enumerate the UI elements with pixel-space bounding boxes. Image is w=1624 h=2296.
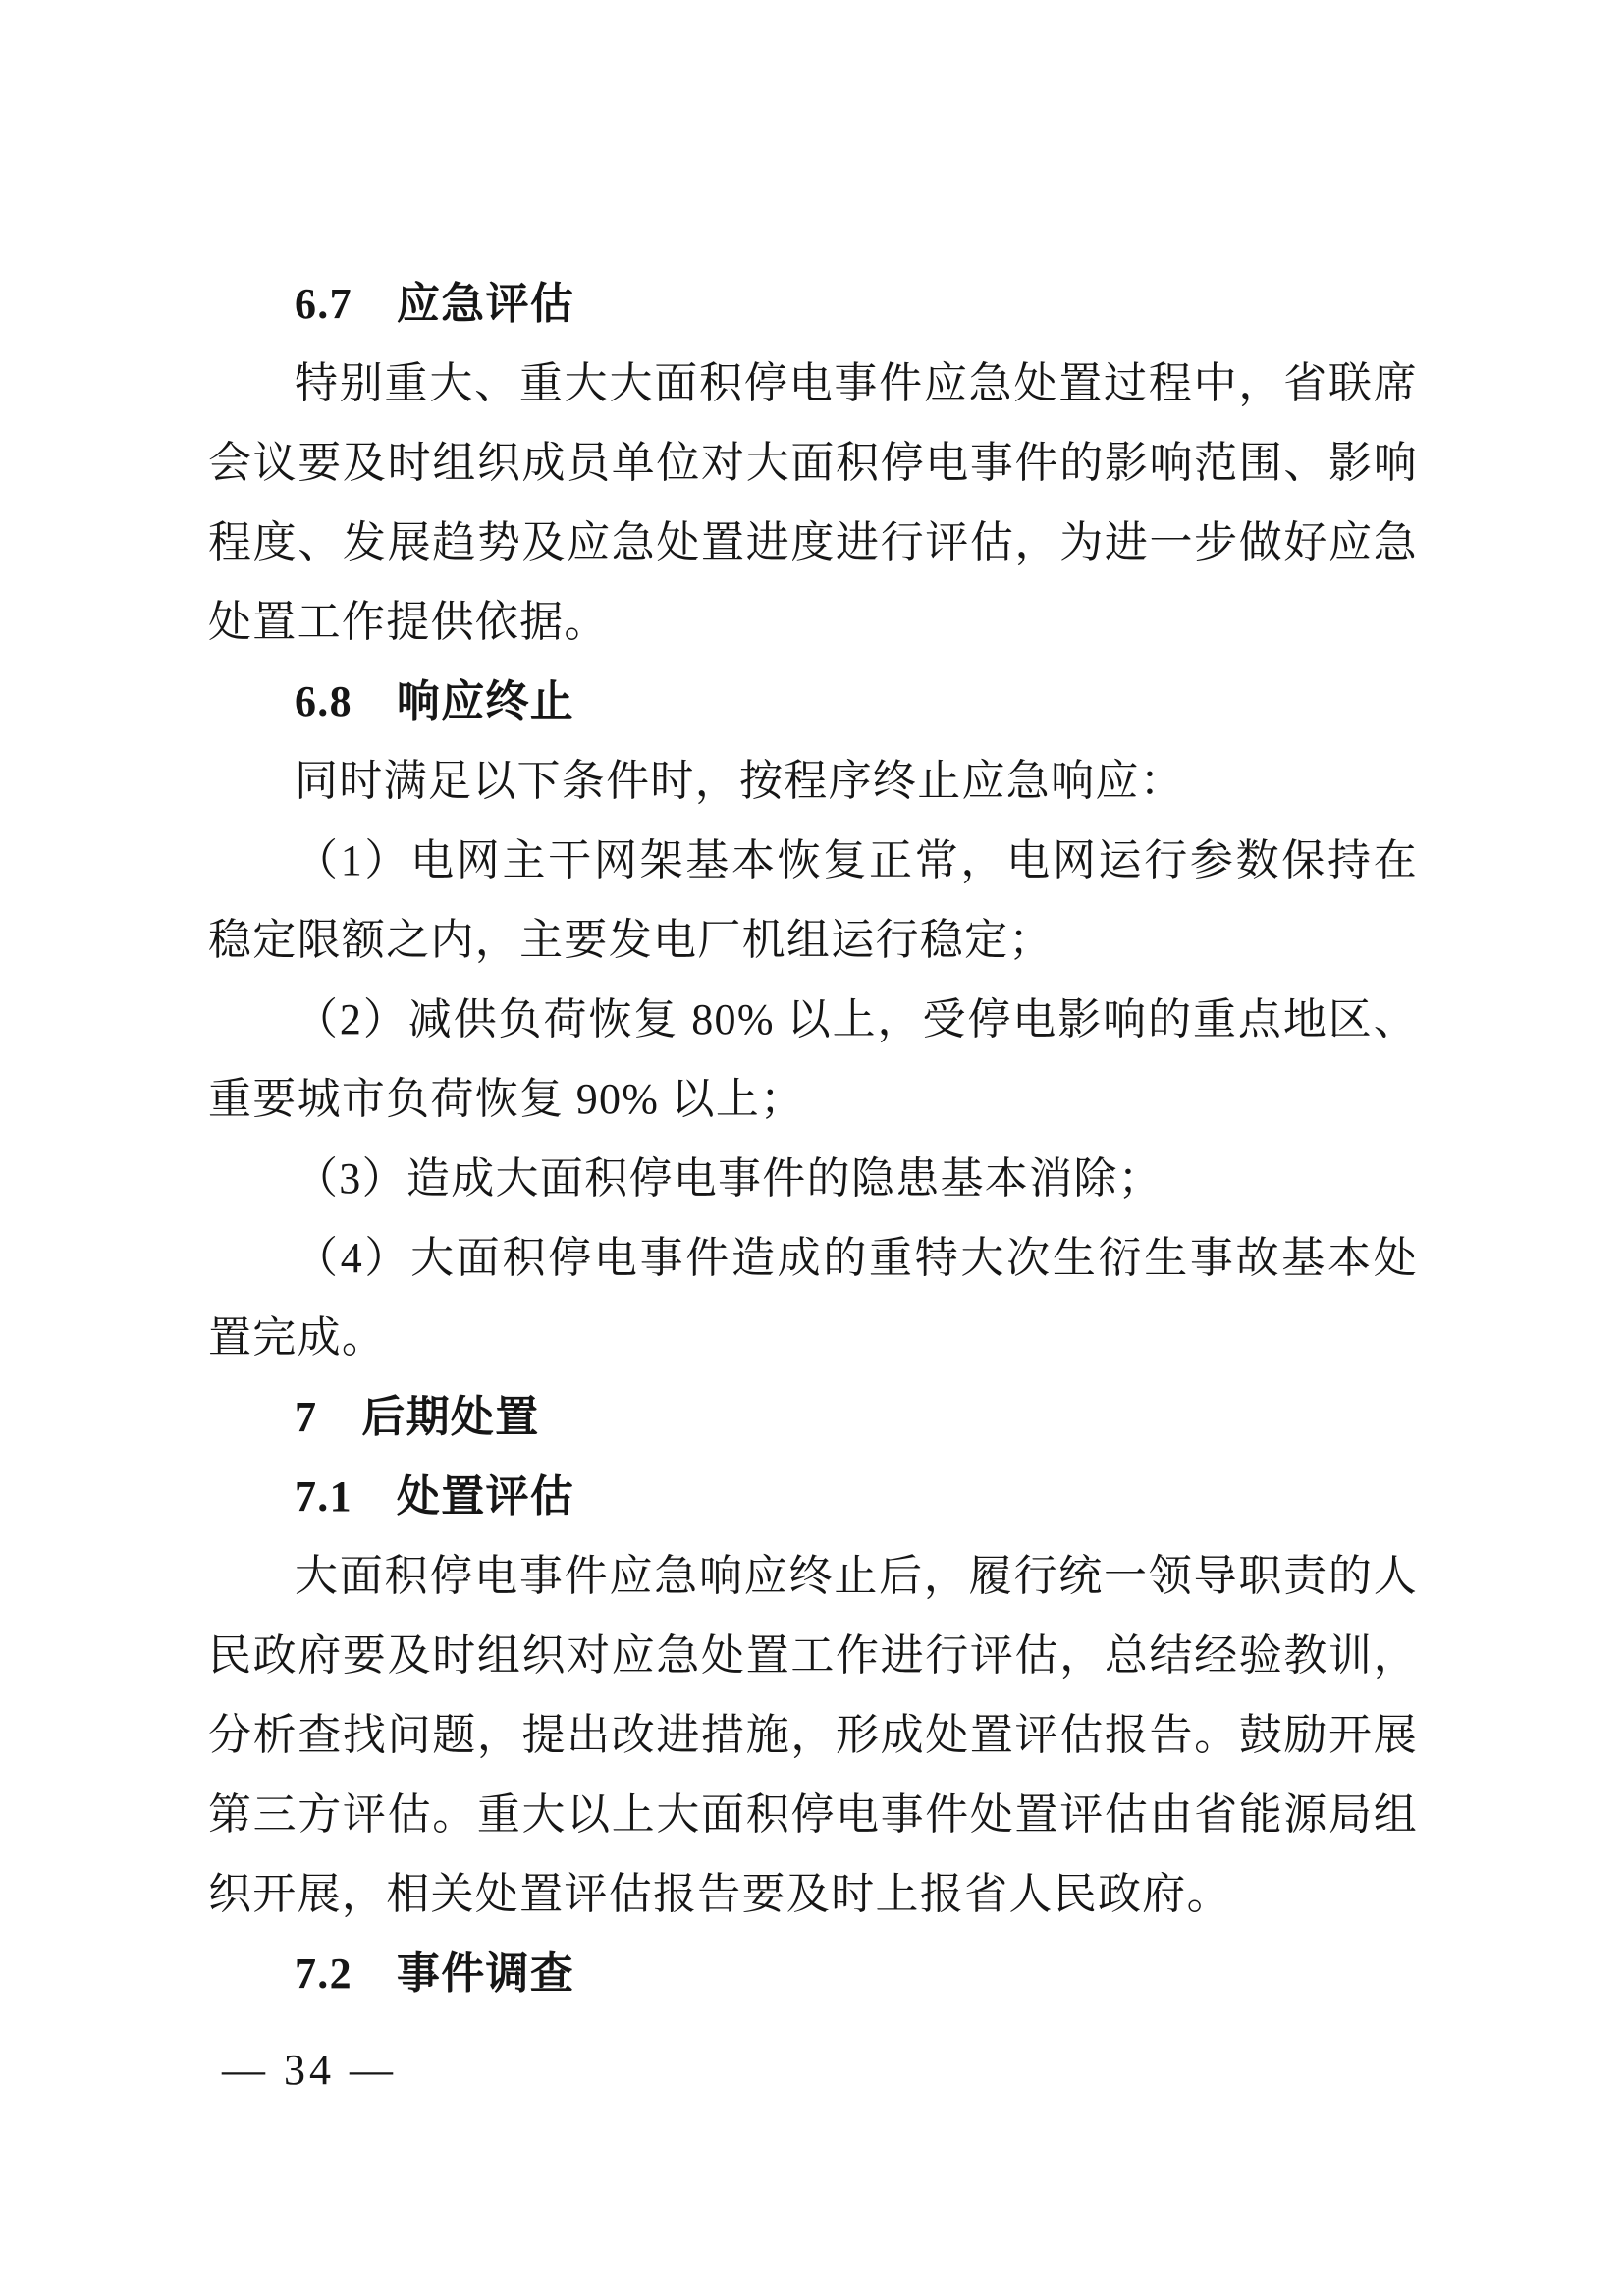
page-number: — 34 — bbox=[222, 2033, 397, 2107]
heading-title: 后期处置 bbox=[361, 1393, 539, 1441]
section-heading-7: 7后期处置 bbox=[208, 1377, 1418, 1457]
paragraph-disposal-evaluation: 大面积停电事件应急响应终止后，履行统一领导职责的人民政府要及时组织对应急处置工作… bbox=[208, 1536, 1418, 1934]
paragraph-emergency-evaluation: 特别重大、重大大面积停电事件应急处置过程中，省联席会议要及时组织成员单位对大面积… bbox=[208, 344, 1418, 662]
section-heading-7-2: 7.2事件调查 bbox=[208, 1934, 1418, 2013]
heading-number: 7.2 bbox=[295, 1949, 352, 1998]
section-heading-6-8: 6.8响应终止 bbox=[208, 662, 1418, 741]
section-heading-7-1: 7.1处置评估 bbox=[208, 1457, 1418, 1536]
heading-title: 响应终止 bbox=[397, 677, 574, 725]
heading-title: 事件调查 bbox=[397, 1949, 574, 1998]
list-item-condition-2: （2）减供负荷恢复 80% 以上，受停电影响的重点地区、重要城市负荷恢复 90%… bbox=[208, 980, 1418, 1139]
heading-number: 7 bbox=[295, 1393, 317, 1441]
section-heading-6-7: 6.7应急评估 bbox=[208, 264, 1418, 344]
heading-title: 处置评估 bbox=[397, 1472, 574, 1521]
heading-number: 7.1 bbox=[295, 1472, 352, 1521]
page-content: 6.7应急评估 特别重大、重大大面积停电事件应急处置过程中，省联席会议要及时组织… bbox=[208, 264, 1418, 2013]
heading-number: 6.8 bbox=[295, 677, 352, 725]
document-page: 6.7应急评估 特别重大、重大大面积停电事件应急处置过程中，省联席会议要及时组织… bbox=[0, 0, 1624, 2296]
heading-title: 应急评估 bbox=[397, 280, 574, 328]
list-item-condition-1: （1）电网主干网架基本恢复正常，电网运行参数保持在稳定限额之内，主要发电厂机组运… bbox=[208, 821, 1418, 980]
list-item-condition-4: （4）大面积停电事件造成的重特大次生衍生事故基本处置完成。 bbox=[208, 1218, 1418, 1377]
heading-number: 6.7 bbox=[295, 280, 352, 328]
paragraph-termination-intro: 同时满足以下条件时，按程序终止应急响应： bbox=[208, 741, 1418, 821]
list-item-condition-3: （3）造成大面积停电事件的隐患基本消除； bbox=[208, 1139, 1418, 1218]
